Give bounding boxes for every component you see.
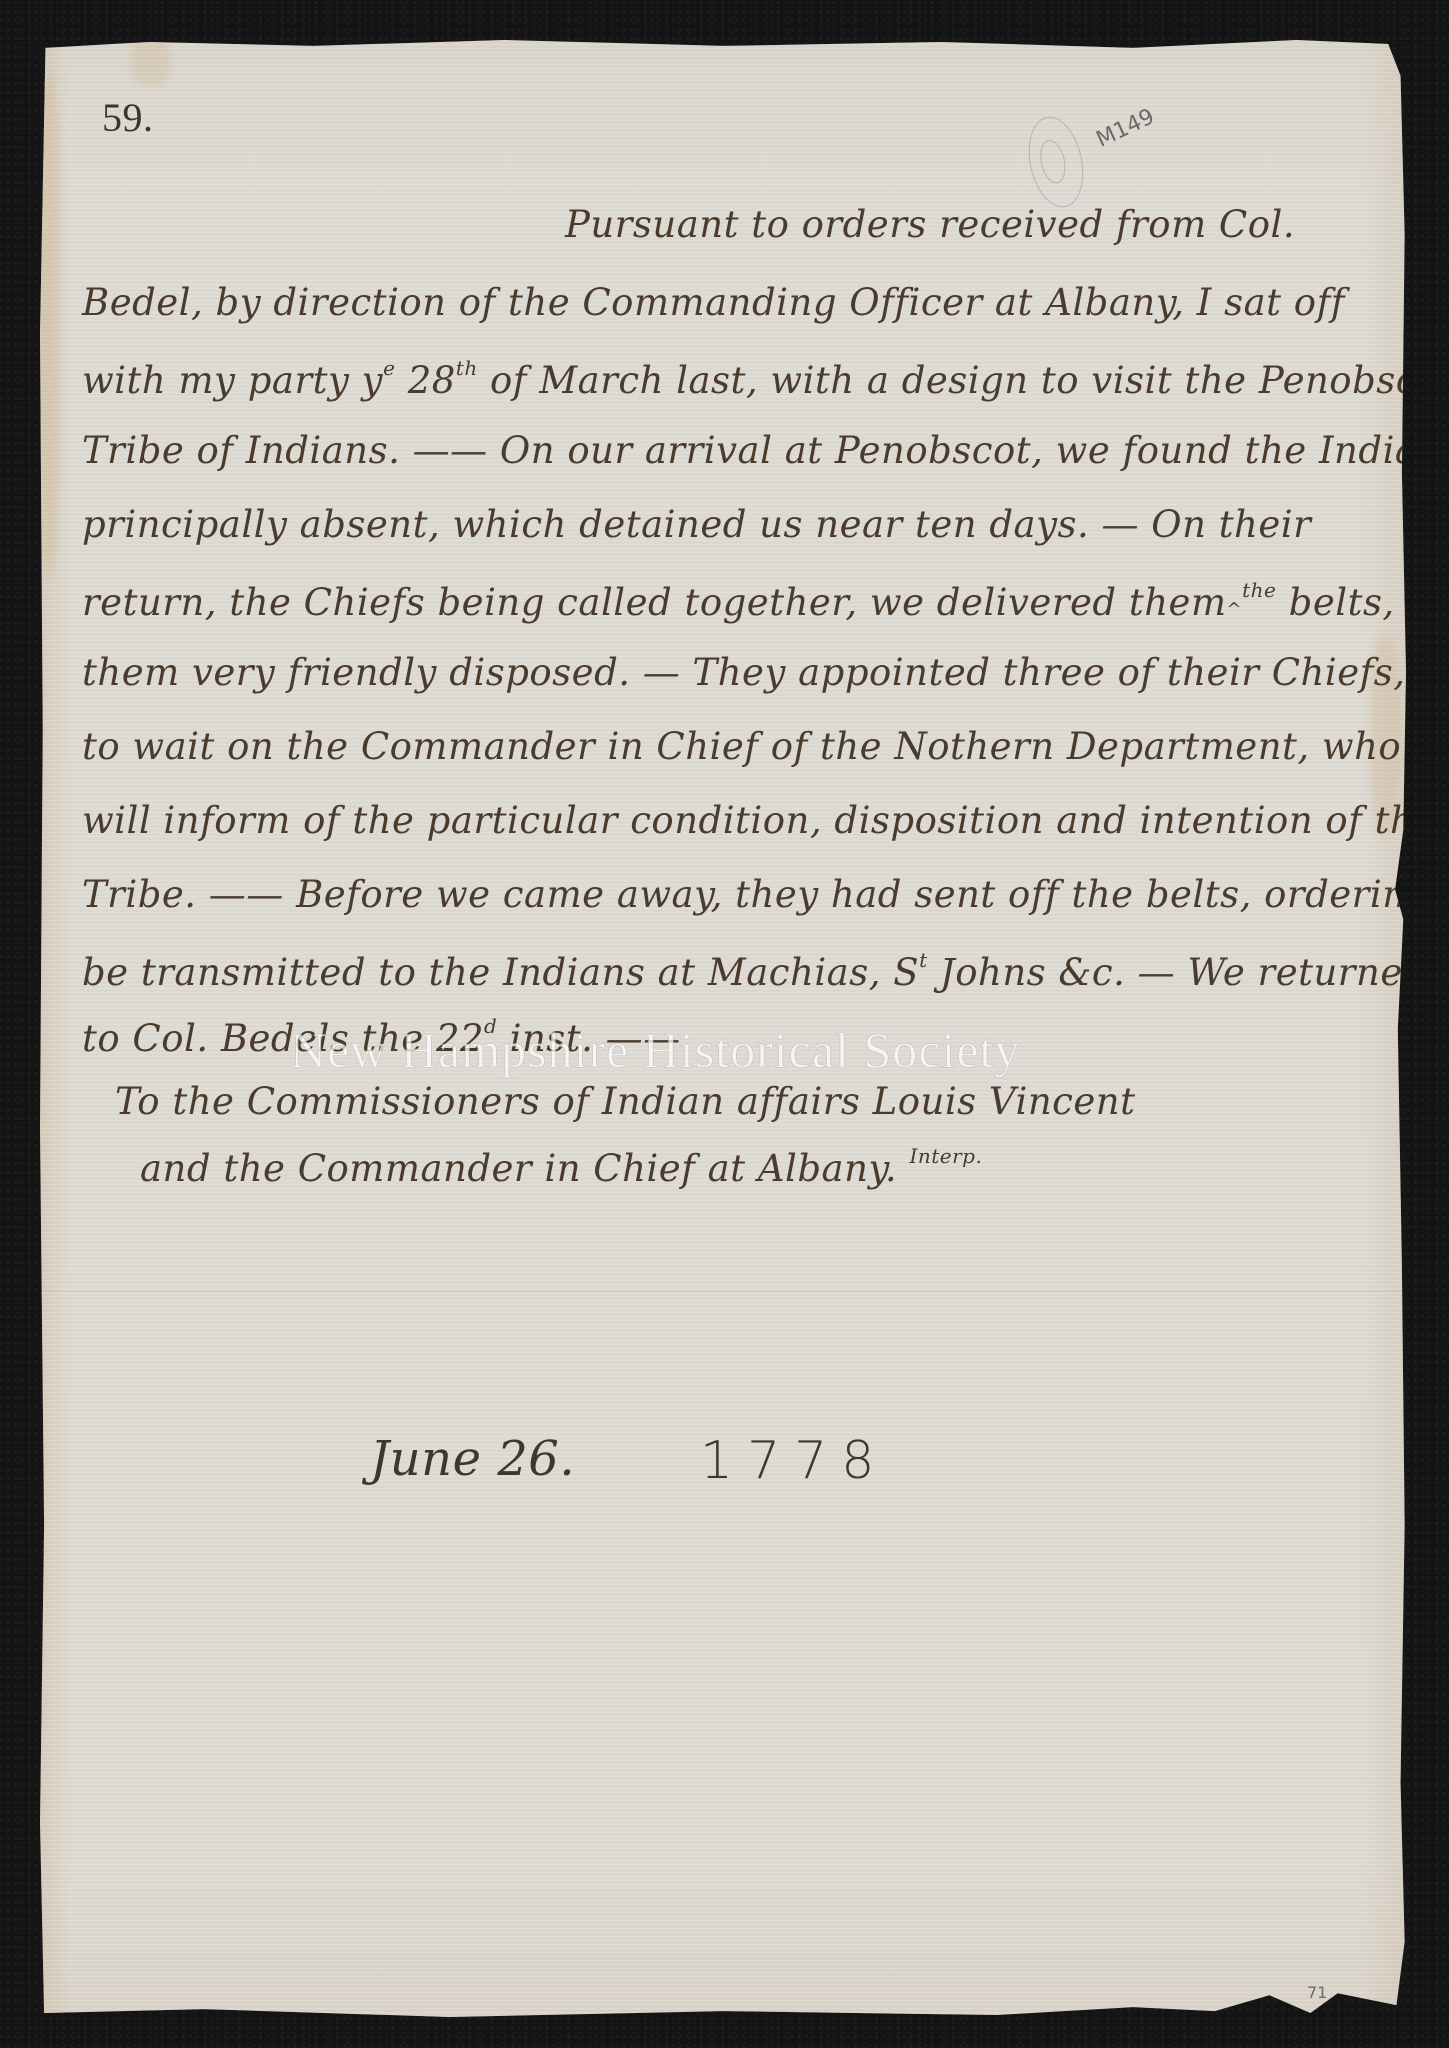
letter-line-10: Tribe. —— Before we came away, they had … bbox=[82, 876, 1449, 913]
letter-line-text: belts, and found bbox=[1289, 581, 1449, 624]
letter-line-5: principally absent, which detained us ne… bbox=[82, 506, 1311, 543]
signature-title: Interp. bbox=[909, 1144, 982, 1168]
endorsement-year: 1778 bbox=[700, 1431, 888, 1491]
endorsement-year-text: 1778 bbox=[700, 1431, 888, 1491]
letter-line-2: Bedel, by direction of the Commanding Of… bbox=[82, 284, 1345, 321]
paper-stain bbox=[130, 36, 170, 86]
paper-fold-line bbox=[40, 1291, 1406, 1294]
signature-name: Louis Vincent bbox=[873, 1080, 1136, 1123]
catalog-code: M149 bbox=[1093, 104, 1159, 152]
letter-line-text: with my party y bbox=[82, 359, 383, 402]
address-line-1: To the Commissioners of Indian affairs L… bbox=[115, 1083, 1135, 1120]
letter-line-text: inst. —— bbox=[510, 1017, 681, 1060]
letter-line-text: them very friendly disposed. — They appo… bbox=[82, 651, 1406, 694]
date-number: 28 bbox=[408, 359, 456, 402]
letter-line-11: be transmitted to the Indians at Machias… bbox=[82, 950, 1427, 991]
paper-stain bbox=[40, 76, 60, 576]
corner-note: 71 bbox=[1307, 1983, 1327, 2002]
address-text: and the Commander in Chief at Albany. bbox=[140, 1147, 897, 1190]
superscript: t bbox=[919, 948, 928, 972]
letter-line-text: Johns &c. — We returned bbox=[940, 951, 1427, 994]
letter-line-12: to Col. Bedels the 22d inst. —— bbox=[82, 1016, 681, 1057]
manuscript-page: 59. M149 Pursuant to orders received fro… bbox=[40, 36, 1406, 2021]
letter-line-9: will inform of the particular condition,… bbox=[82, 802, 1449, 839]
inserted-word: the bbox=[1242, 578, 1276, 602]
pencil-circle-inner bbox=[1037, 138, 1070, 186]
letter-line-text: Bedel, by direction of the Commanding Of… bbox=[82, 281, 1345, 324]
letter-line-3: with my party ye 28th of March last, wit… bbox=[82, 358, 1449, 399]
letter-line-text: principally absent, which detained us ne… bbox=[82, 503, 1311, 546]
letter-line-8: to wait on the Commander in Chief of the… bbox=[82, 728, 1401, 765]
letter-line-1: Pursuant to orders received from Col. bbox=[565, 206, 1295, 243]
endorsement-day: June 26. bbox=[370, 1431, 575, 1487]
endorsement-date: June 26. bbox=[370, 1431, 575, 1487]
superscript: e bbox=[383, 356, 395, 380]
pencil-circle-mark bbox=[1021, 112, 1091, 213]
letter-line-text: to Col. Bedels the 22 bbox=[82, 1017, 484, 1060]
superscript: th bbox=[456, 356, 478, 380]
letter-line-4: Tribe of Indians. —— On our arrival at P… bbox=[82, 432, 1449, 469]
insertion-caret: ^ bbox=[1227, 599, 1243, 620]
address-text: To the Commissioners of Indian affairs bbox=[115, 1080, 860, 1123]
superscript: d bbox=[484, 1014, 497, 1038]
letter-line-text: to wait on the Commander in Chief of the… bbox=[82, 725, 1401, 768]
letter-line-text: of March last, with a design to visit th… bbox=[490, 359, 1449, 402]
letter-line-text: return, the Chiefs being called together… bbox=[82, 581, 1227, 624]
letter-line-text: will inform of the particular condition,… bbox=[82, 799, 1449, 842]
letter-line-text: Tribe of Indians. —— On our arrival at P… bbox=[82, 429, 1449, 472]
folio-number: 59. bbox=[102, 94, 154, 141]
letter-line-6: return, the Chiefs being called together… bbox=[82, 580, 1449, 621]
letter-line-text: Tribe. —— Before we came away, they had … bbox=[82, 873, 1449, 916]
letter-line-7: them very friendly disposed. — They appo… bbox=[82, 654, 1406, 691]
letter-line-text: be transmitted to the Indians at Machias… bbox=[82, 951, 919, 994]
address-line-2: and the Commander in Chief at Albany. In… bbox=[140, 1146, 982, 1187]
letter-line-text: Pursuant to orders received from Col. bbox=[565, 203, 1295, 246]
